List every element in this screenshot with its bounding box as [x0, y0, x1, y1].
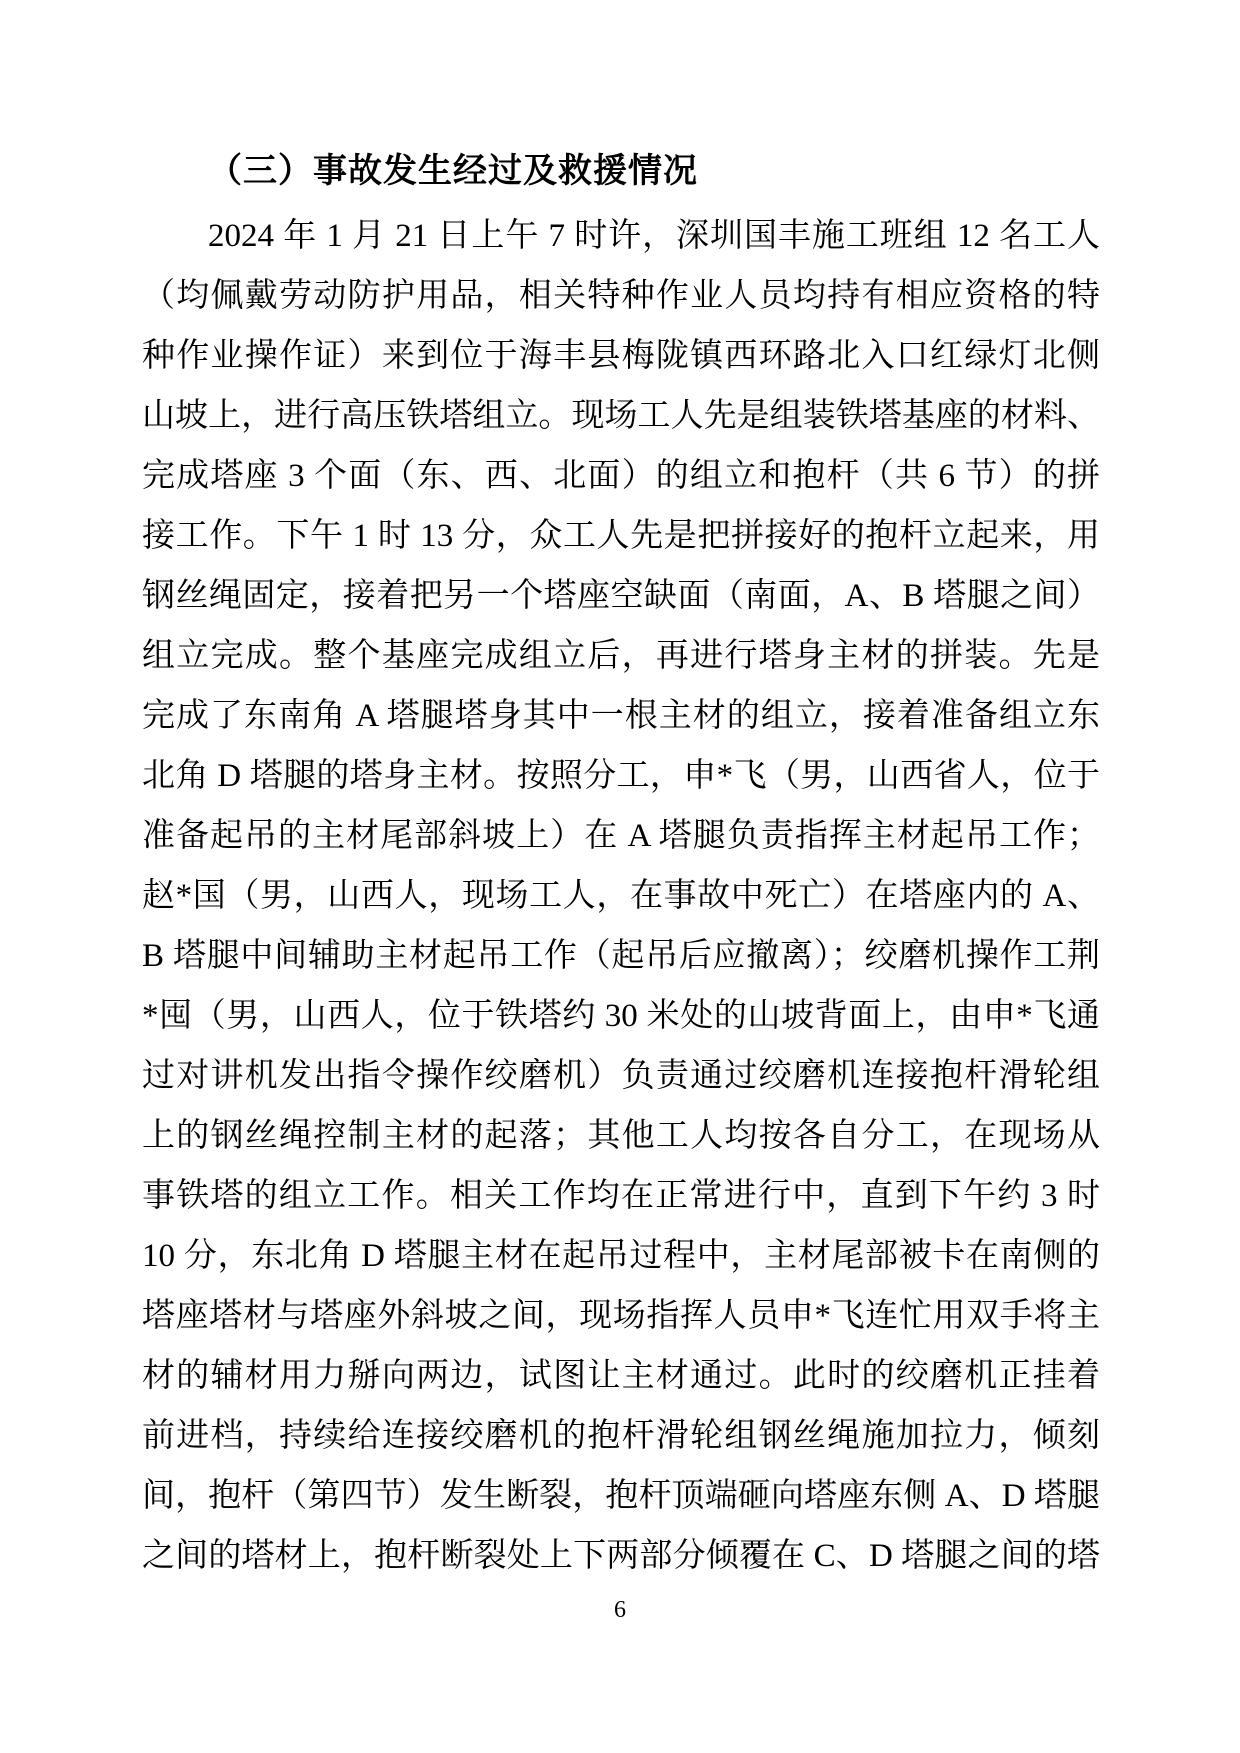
text-line: 山坡上，进行高压铁塔组立。现场工人先是组装铁塔基座的材料、 [142, 386, 1100, 446]
text-line: 完成塔座 3 个面（东、西、北面）的组立和抱杆（共 6 节）的拼 [142, 446, 1100, 506]
text-line: 种作业操作证）来到位于海丰县梅陇镇西环路北入口红绿灯北侧 [142, 326, 1100, 386]
text-line: 准备起吊的主材尾部斜坡上）在 A 塔腿负责指挥主材起吊工作； [142, 806, 1100, 866]
text-line: 前进档，持续给连接绞磨机的抱杆滑轮组钢丝绳施加拉力，倾刻 [142, 1406, 1100, 1466]
text-line: 塔座塔材与塔座外斜坡之间，现场指挥人员申*飞连忙用双手将主 [142, 1286, 1100, 1346]
text-line: 完成了东南角 A 塔腿塔身其中一根主材的组立，接着准备组立东 [142, 686, 1100, 746]
document-page: （三）事故发生经过及救援情况 2024 年 1 月 21 日上午 7 时许，深圳… [0, 0, 1240, 1753]
text-line: *囤（男，山西人，位于铁塔约 30 米处的山坡背面上，由申*飞通 [142, 986, 1100, 1046]
paragraph-body: 2024 年 1 月 21 日上午 7 时许，深圳国丰施工班组 12 名工人（均… [142, 206, 1100, 1586]
text-line: 10 分，东北角 D 塔腿主材在起吊过程中，主材尾部被卡在南侧的 [142, 1226, 1100, 1286]
text-line: 北角 D 塔腿的塔身主材。按照分工，申*飞（男，山西省人，位于 [142, 746, 1100, 806]
text-line: （均佩戴劳动防护用品，相关特种作业人员均持有相应资格的特 [142, 266, 1100, 326]
text-line: 2024 年 1 月 21 日上午 7 时许，深圳国丰施工班组 12 名工人 [142, 206, 1100, 266]
page-number: 6 [0, 1595, 1240, 1625]
text-line: 材的辅材用力掰向两边，试图让主材通过。此时的绞磨机正挂着 [142, 1346, 1100, 1406]
text-line: 接工作。下午 1 时 13 分，众工人先是把拼接好的抱杆立起来，用 [142, 506, 1100, 566]
page-content: （三）事故发生经过及救援情况 2024 年 1 月 21 日上午 7 时许，深圳… [142, 148, 1100, 1586]
section-heading: （三）事故发生经过及救援情况 [142, 148, 1100, 196]
text-line: 钢丝绳固定，接着把另一个塔座空缺面（南面，A、B 塔腿之间） [142, 566, 1100, 626]
text-line: 上的钢丝绳控制主材的起落；其他工人均按各自分工，在现场从 [142, 1106, 1100, 1166]
text-line: 过对讲机发出指令操作绞磨机）负责通过绞磨机连接抱杆滑轮组 [142, 1046, 1100, 1106]
text-line: 间，抱杆（第四节）发生断裂，抱杆顶端砸向塔座东侧 A、D 塔腿 [142, 1466, 1100, 1526]
text-line: 组立完成。整个基座完成组立后，再进行塔身主材的拼装。先是 [142, 626, 1100, 686]
text-line: 之间的塔材上，抱杆断裂处上下两部分倾覆在 C、D 塔腿之间的塔 [142, 1526, 1100, 1586]
text-line: B 塔腿中间辅助主材起吊工作（起吊后应撤离）；绞磨机操作工荆 [142, 926, 1100, 986]
text-line: 赵*国（男，山西人，现场工人，在事故中死亡）在塔座内的 A、 [142, 866, 1100, 926]
text-line: 事铁塔的组立工作。相关工作均在正常进行中，直到下午约 3 时 [142, 1166, 1100, 1226]
